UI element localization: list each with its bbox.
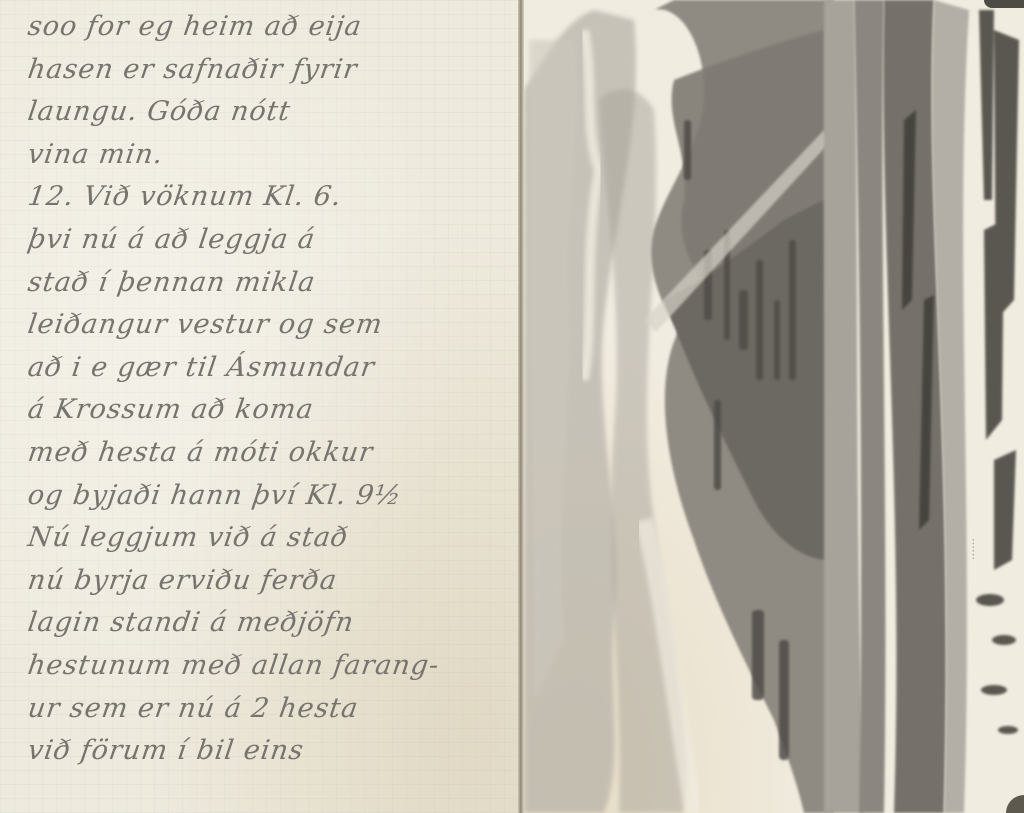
text-line: hestunum með allan farang- bbox=[25, 645, 521, 688]
text-line: við förum í bil eins bbox=[25, 730, 521, 773]
handwritten-text: soo for eg heim að eija hasen er safnaði… bbox=[28, 6, 518, 773]
right-page: …… bbox=[524, 0, 1024, 813]
text-line: með hesta á móti okkur bbox=[25, 432, 521, 475]
text-line: þvi nú á að leggja á bbox=[25, 219, 521, 262]
text-line: vina min. bbox=[25, 134, 521, 177]
margin-pencil-note: …… bbox=[964, 538, 977, 560]
text-line: lagin standi á meðjöfn bbox=[25, 602, 521, 645]
text-line: hasen er safnaðir fyrir bbox=[25, 49, 521, 92]
text-line: 12. Við vöknum Kl. 6. bbox=[25, 176, 521, 219]
text-line: ur sem er nú á 2 hesta bbox=[25, 688, 521, 731]
text-line: á Krossum að koma bbox=[25, 389, 521, 432]
text-line: stað í þennan mikla bbox=[25, 262, 521, 305]
notebook-spread: soo for eg heim að eija hasen er safnaði… bbox=[0, 0, 1024, 813]
text-line: laungu. Góða nótt bbox=[25, 91, 521, 134]
text-line: nú byrja erviðu ferða bbox=[25, 560, 521, 603]
page-corner-top bbox=[984, 0, 1024, 8]
text-line: Nú leggjum við á stað bbox=[25, 517, 521, 560]
text-line: leiðangur vestur og sem bbox=[25, 304, 521, 347]
watercolor-mountain-sketch bbox=[524, 0, 1024, 813]
text-line: að i e gær til Ásmundar bbox=[25, 347, 521, 390]
text-line: soo for eg heim að eija bbox=[25, 6, 521, 49]
text-line: og byjaði hann því Kl. 9½ bbox=[25, 475, 521, 518]
left-page: soo for eg heim að eija hasen er safnaði… bbox=[0, 0, 520, 813]
